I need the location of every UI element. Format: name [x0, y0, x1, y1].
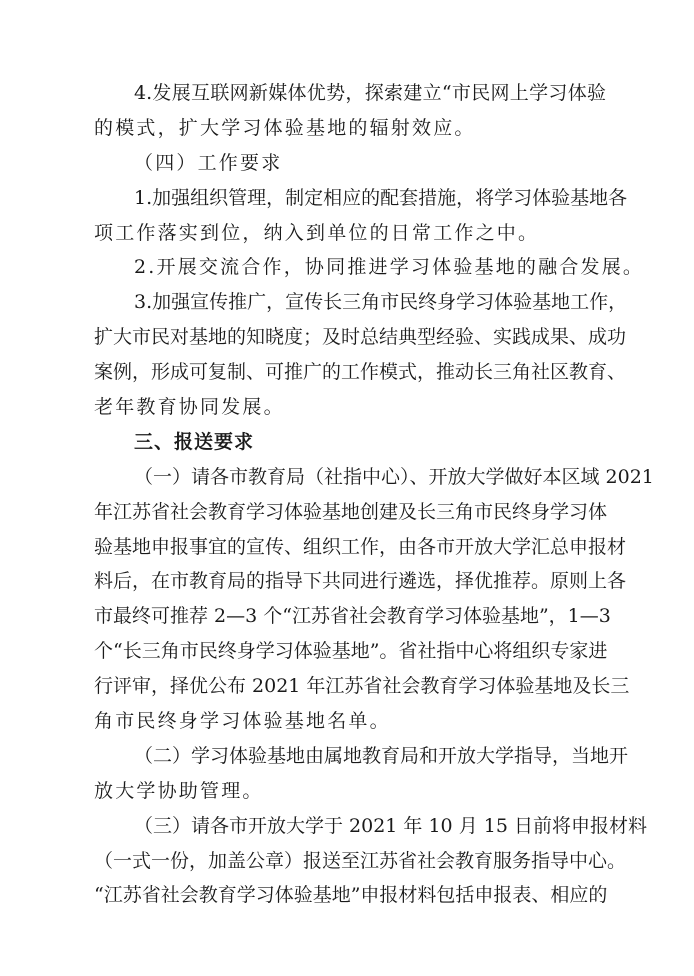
text-line: 个“长三角市民终身学习体验基地”。省社指中心将组织专家进 — [94, 634, 606, 669]
text-line-content: 验基地申报事宜的宣传、组织工作，由各市开放大学汇总申报材 — [94, 530, 606, 565]
text-line: 扩大市民对基地的知晓度；及时总结典型经验、实践成果、成功 — [94, 320, 606, 355]
text-line: 3.加强宣传推广，宣传长三角市民终身学习体验基地工作， — [94, 285, 606, 320]
text-line: 验基地申报事宜的宣传、组织工作，由各市开放大学汇总申报材 — [94, 530, 606, 565]
document-page: 4.发展互联网新媒体优势，探索建立“市民网上学习体验的模式，扩大学习体验基地的辐… — [94, 76, 606, 913]
text-line-content: （一）请各市教育局（社指中心）、开放大学做好本区域 2021 — [134, 460, 606, 495]
text-line-content: 角市民终身学习体验基地名单。 — [94, 710, 391, 732]
text-line-content: 扩大市民对基地的知晓度；及时总结典型经验、实践成果、成功 — [94, 320, 606, 355]
text-line: （三）请各市开放大学于 2021 年 10 月 15 日前将申报材料 — [94, 809, 606, 844]
text-line-content: “江苏省社会教育学习体验基地”申报材料包括申报表、相应的 — [94, 878, 606, 913]
text-line: 1.加强组织管理，制定相应的配套措施，将学习体验基地各 — [94, 181, 606, 216]
text-line-content: 4.发展互联网新媒体优势，探索建立“市民网上学习体验 — [134, 76, 606, 111]
text-line: 老年教育协同发展。 — [94, 390, 606, 425]
text-line: 放大学协助管理。 — [94, 774, 606, 809]
text-line: 市最终可推荐 2—3 个“江苏省社会教育学习体验基地”，1—3 — [94, 599, 606, 634]
text-line-content: （四）工作要求 — [134, 152, 282, 174]
text-line: 案例，形成可复制、可推广的工作模式，推动长三角社区教育、 — [94, 355, 606, 390]
text-line: 2.开展交流合作，协同推进学习体验基地的融合发展。 — [94, 250, 606, 285]
text-line-content: 1.加强组织管理，制定相应的配套措施，将学习体验基地各 — [134, 181, 606, 216]
text-line-content: 年江苏省社会教育学习体验基地创建及长三角市民终身学习体 — [94, 495, 606, 530]
text-line-content: 案例，形成可复制、可推广的工作模式，推动长三角社区教育、 — [94, 355, 606, 390]
text-line: 年江苏省社会教育学习体验基地创建及长三角市民终身学习体 — [94, 495, 606, 530]
text-line-content: （二）学习体验基地由属地教育局和开放大学指导，当地开 — [134, 739, 606, 774]
text-line-content: 2.开展交流合作，协同推进学习体验基地的融合发展。 — [134, 256, 644, 278]
text-line-content: 放大学协助管理。 — [94, 780, 264, 802]
text-line: （一式一份，加盖公章）报送至江苏省社会教育服务指导中心。 — [94, 844, 606, 879]
text-line: （一）请各市教育局（社指中心）、开放大学做好本区域 2021 — [94, 460, 606, 495]
text-line-content: （一式一份，加盖公章）报送至江苏省社会教育服务指导中心。 — [94, 844, 606, 879]
text-line-content: 老年教育协同发展。 — [94, 396, 285, 418]
text-line-content: 的模式，扩大学习体验基地的辐射效应。 — [94, 117, 476, 139]
text-line: “江苏省社会教育学习体验基地”申报材料包括申报表、相应的 — [94, 878, 606, 913]
text-line: （二）学习体验基地由属地教育局和开放大学指导，当地开 — [94, 739, 606, 774]
text-line-content: （三）请各市开放大学于 2021 年 10 月 15 日前将申报材料 — [134, 809, 606, 844]
text-line: （四）工作要求 — [94, 146, 606, 181]
text-line: 4.发展互联网新媒体优势，探索建立“市民网上学习体验 — [94, 76, 606, 111]
text-line: 行评审，择优公布 2021 年江苏省社会教育学习体验基地及长三 — [94, 669, 606, 704]
section-heading: 三、报送要求 — [94, 425, 606, 460]
text-line: 料后，在市教育局的指导下共同进行遴选，择优推荐。原则上各 — [94, 564, 606, 599]
text-line: 的模式，扩大学习体验基地的辐射效应。 — [94, 111, 606, 146]
text-line-content: 个“长三角市民终身学习体验基地”。省社指中心将组织专家进 — [94, 634, 606, 669]
text-line-content: 3.加强宣传推广，宣传长三角市民终身学习体验基地工作， — [134, 285, 606, 320]
text-line-content: 料后，在市教育局的指导下共同进行遴选，择优推荐。原则上各 — [94, 564, 606, 599]
text-line-content: 行评审，择优公布 2021 年江苏省社会教育学习体验基地及长三 — [94, 669, 606, 704]
text-line: 项工作落实到位，纳入到单位的日常工作之中。 — [94, 216, 606, 251]
text-line-content: 三、报送要求 — [134, 431, 254, 453]
text-line-content: 市最终可推荐 2—3 个“江苏省社会教育学习体验基地”，1—3 — [94, 599, 606, 634]
text-line: 角市民终身学习体验基地名单。 — [94, 704, 606, 739]
text-line-content: 项工作落实到位，纳入到单位的日常工作之中。 — [94, 222, 539, 244]
